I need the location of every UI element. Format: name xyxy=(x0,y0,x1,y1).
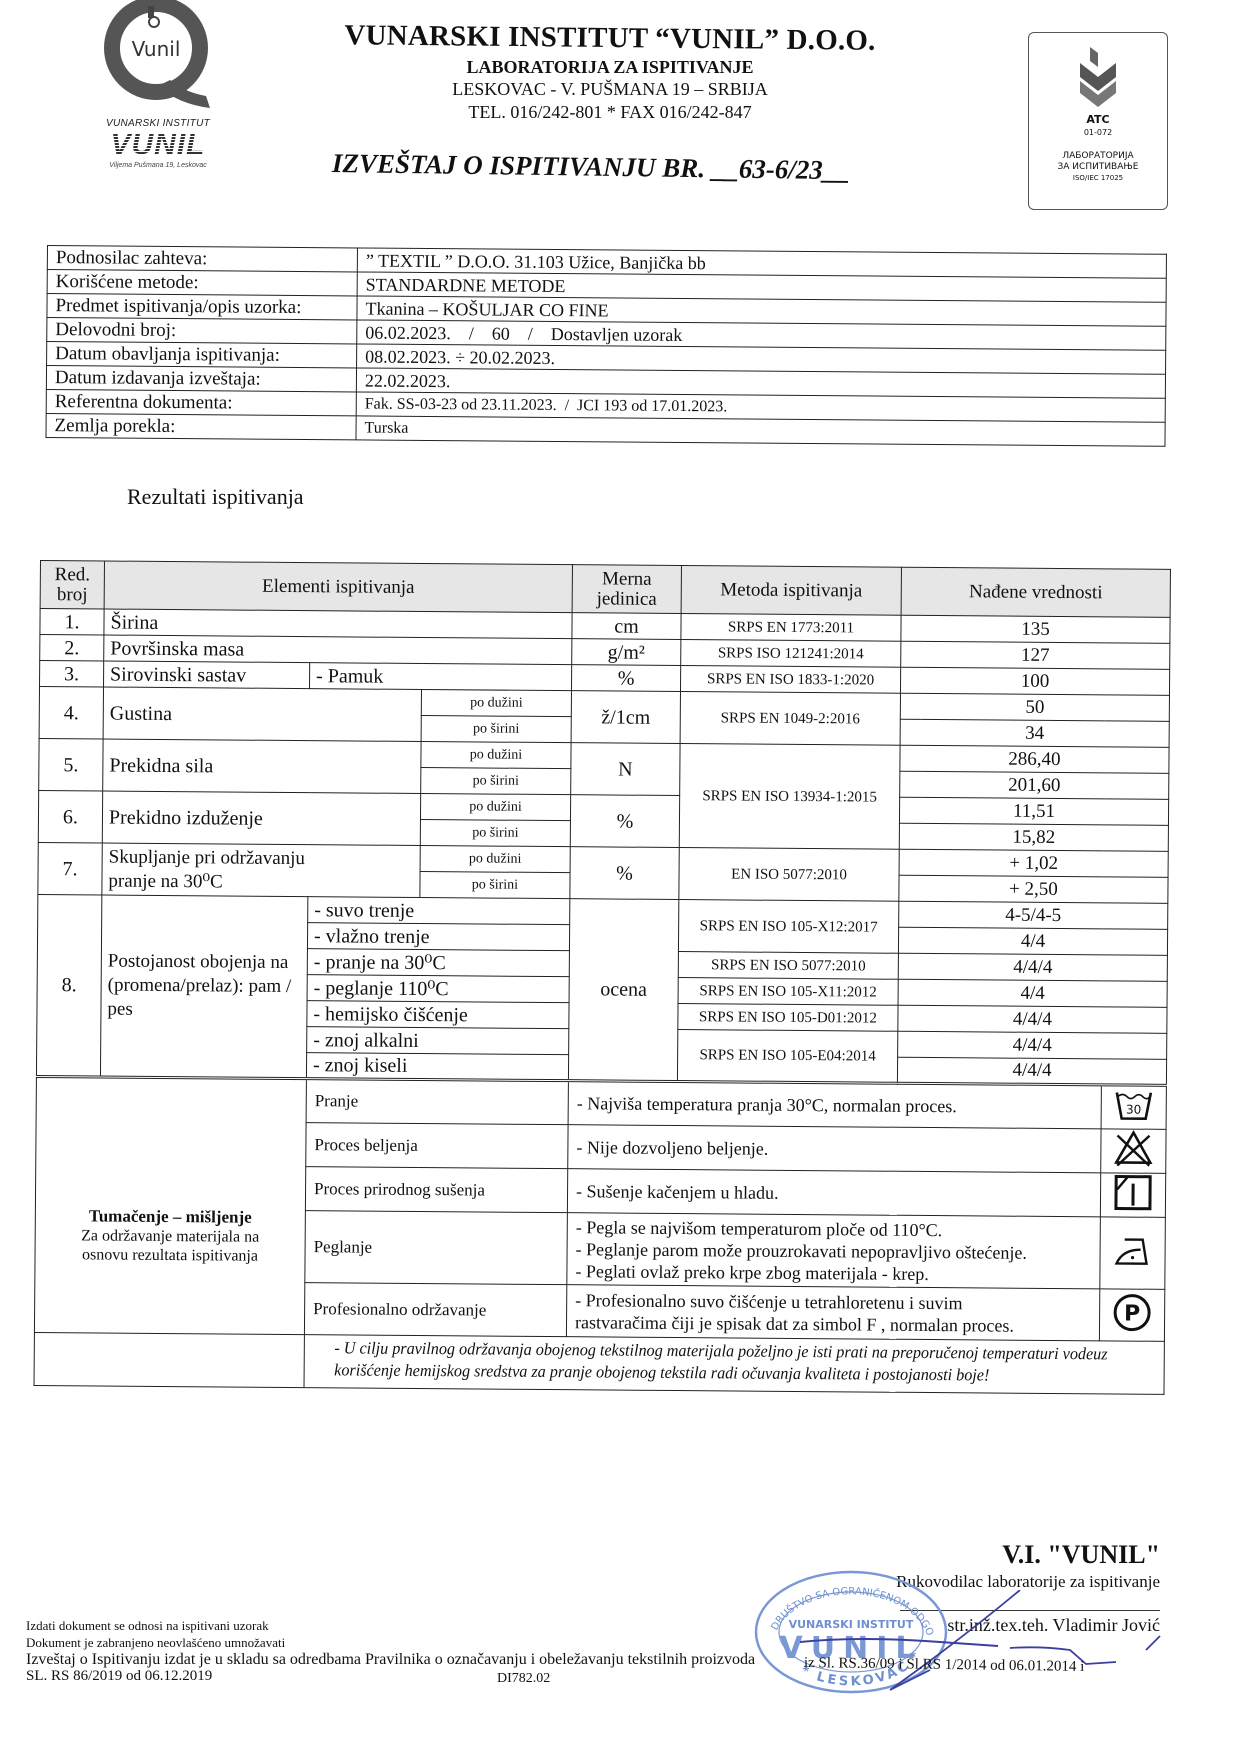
atc-code: 01-072 xyxy=(1029,128,1167,137)
q-logo-icon: Vunil xyxy=(98,0,218,110)
info-label: Zemlja porekla: xyxy=(46,413,356,439)
iron-low-icon xyxy=(1100,1217,1166,1290)
info-label: Datum izdavanja izveštaja: xyxy=(46,366,356,392)
wash-30-icon: 30 xyxy=(1101,1085,1166,1130)
footer-line-2: Dokument je zabranjeno neovlašćeno umnož… xyxy=(26,1634,755,1651)
interpretation-cell: Tumačenje – mišljenje Za održavanje mate… xyxy=(34,1076,306,1334)
company-phone: TEL. 016/242-801 * FAX 016/242-847 xyxy=(330,102,890,123)
care-note-row: - U cilju pravilnog održavanja obojenog … xyxy=(34,1332,1164,1394)
company-address: LESKOVAC - V. PUŠMANA 19 – SRBIJA xyxy=(330,79,890,100)
info-label: Predmet ispitivanja/opis uzorka: xyxy=(47,294,357,320)
company-name: VUNARSKI INSTITUT “VUNIL” D.O.O. xyxy=(330,19,890,58)
report-title: IZVEŠTAJ O ISPITIVANJU BR. __63-6/23__ xyxy=(332,148,850,186)
request-info-table: Podnosilac zahteva:” TEXTIL ” D.O.O. 31.… xyxy=(45,245,1166,447)
line-dry-shade-icon xyxy=(1100,1173,1165,1218)
svg-text:30: 30 xyxy=(1126,1102,1141,1116)
info-label: Delovodni broj: xyxy=(47,318,357,344)
results-table: Red. broj Elementi ispitivanja Merna jed… xyxy=(34,560,1171,1395)
header-no: Red. broj xyxy=(40,561,104,610)
dry-clean-p-icon: P xyxy=(1099,1289,1164,1342)
letterhead: VUNARSKI INSTITUT “VUNIL” D.O.O. LABORAT… xyxy=(330,22,890,123)
info-label: Korišćene metode: xyxy=(47,270,357,296)
footer-line-4: SL. RS 86/2019 od 06.12.2019 xyxy=(26,1668,755,1685)
info-label: Podnosilac zahteva: xyxy=(47,246,357,272)
document-code: DI782.02 xyxy=(497,1671,550,1687)
care-row: Tumačenje – mišljenje Za održavanje mate… xyxy=(36,1076,1166,1129)
report-number: __63-6/23__ xyxy=(712,153,850,185)
results-title: Rezultati ispitivanja xyxy=(127,484,304,510)
fastness-label: Postojanost obojenja na (promena/prelaz)… xyxy=(100,895,307,1079)
svg-text:VUNARSKI INSTITUT: VUNARSKI INSTITUT xyxy=(789,1618,914,1631)
header-unit: Merna jedinica xyxy=(572,565,681,614)
atc-standard: ISO/IEC 17025 xyxy=(1029,174,1167,182)
accreditation-badge: ATC 01-072 ЛАБОРАТОРИЈА ЗА ИСПИТИВАЊЕ IS… xyxy=(1028,32,1168,210)
footer-line-3: Izveštaj o Ispitivanju izdat je u skladu… xyxy=(26,1651,755,1668)
report-title-prefix: IZVEŠTAJ O ISPITIVANJU BR. xyxy=(332,148,705,183)
header-method: Metoda ispitivanja xyxy=(681,566,901,616)
info-label: Datum obavljanja ispitivanja: xyxy=(47,342,357,368)
atc-body: ATC xyxy=(1029,113,1167,126)
interpretation-subtitle: Za održavanje materijala na osnovu rezul… xyxy=(41,1226,298,1266)
svg-text:P: P xyxy=(1124,1302,1140,1327)
header-value: Nađene vrednosti xyxy=(901,567,1170,617)
atc-chevron-icon xyxy=(1076,47,1120,107)
company-stamp-icon: DRUŠTVO SA OGRANIČENOM ODGOVORNOŠĆU VUNA… xyxy=(752,1568,950,1696)
header-element: Elementi ispitivanja xyxy=(104,561,572,613)
svg-text:Vunil: Vunil xyxy=(132,37,181,61)
logo-address: Viljema Pušmana 19, Leskovac xyxy=(88,162,228,169)
info-value: Turska xyxy=(356,416,1165,446)
logo-brand: VUNIL xyxy=(92,128,224,162)
vunil-logo: Vunil VUNARSKI INSTITUT VUNIL Viljema Pu… xyxy=(88,0,228,180)
care-note: - U cilju pravilnog održavanja obojenog … xyxy=(326,1335,1143,1394)
footer-notes: Izdati dokument se odnosi na ispitivani … xyxy=(26,1617,755,1685)
atc-line: ЛАБОРАТОРИЈА ЗА ИСПИТИВАЊЕ xyxy=(1029,151,1167,173)
info-label: Referentna dokumenta: xyxy=(46,389,356,415)
no-bleach-icon xyxy=(1101,1129,1166,1174)
interpretation-title: Tumačenje – mišljenje xyxy=(89,1206,252,1226)
lab-name: LABORATORIJA ZA ISPITIVANJE xyxy=(330,57,890,78)
signer-org: V.I. "VUNIL" xyxy=(880,1540,1160,1570)
footer-line-1: Izdati dokument se odnosi na ispitivani … xyxy=(26,1617,755,1634)
